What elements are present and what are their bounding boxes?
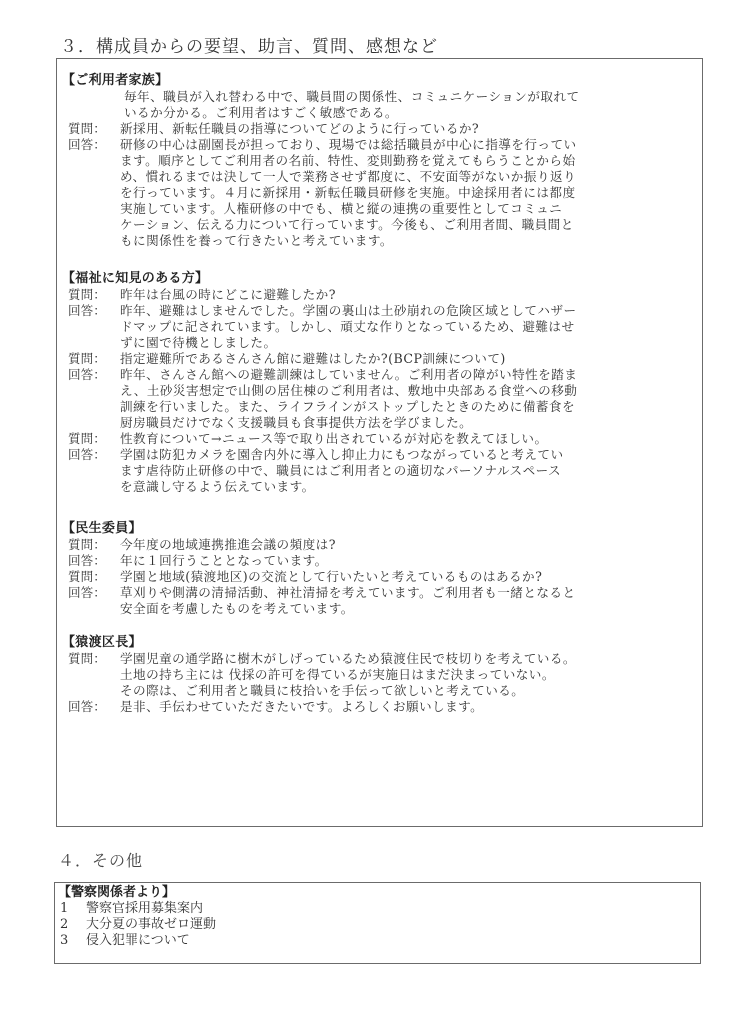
answer-row: 回答：是非、手伝わせていただきたいです。よろしくお願いします。 [62,699,696,715]
answer-label: 回答： [62,303,120,351]
group-heading: 【ご利用者家族】 [62,73,696,89]
answer-label: 回答： [62,553,120,569]
list-item: 2大分夏の事故ゼロ運動 [58,917,216,933]
answer-label: 回答： [62,699,120,715]
group-intro: 毎年、職員が入れ替わる中で、職員間の関係性、コミュニケーションが取れて いるか分… [62,89,696,121]
question-row: 質問：指定避難所であるさんさん館に避難はしたか?(BCP訓練について) [62,351,696,367]
item-text: 警察官採用募集案内 [86,901,203,917]
question-row: 質問：性教育について→ニュース等で取り出されているが対応を教えてほしい。 [62,431,696,447]
section-3-title: ３．構成員からの要望、助言、質問、感想など [60,32,438,57]
question-text: 性教育について→ニュース等で取り出されているが対応を教えてほしい。 [120,431,696,447]
item-text: 大分夏の事故ゼロ運動 [86,917,216,933]
item-number: 3 [58,933,86,949]
list-item: 3侵入犯罪について [58,933,216,949]
question-label: 質問： [62,431,120,447]
answer-label: 回答： [62,367,120,431]
answer-row: 回答：草刈りや側溝の清掃活動、神社清掃を考えています。ご利用者も一緒となると 安… [62,585,696,617]
group-heading: 【福祉に知見のある方】 [62,271,696,287]
group-heading: 【猿渡区長】 [62,635,696,651]
group-heading: 【民生委員】 [62,521,696,537]
answer-text: 年に１回行うこととなっています。 [120,553,696,569]
question-row: 質問：昨年は台風の時にどこに避難したか? [62,287,696,303]
answer-text: 学園は防犯カメラを園舎内外に導入し抑止力にもつながっていると考えてい ます虐待防… [120,447,696,495]
question-row: 質問：新採用、新転任職員の指導についてどのように行っているか? [62,121,696,137]
section-3-box: 【ご利用者家族】 毎年、職員が入れ替わる中で、職員間の関係性、コミュニケーション… [56,58,703,827]
item-number: 2 [58,917,86,933]
section-4-box: 【警察関係者より】 1警察官採用募集案内 2大分夏の事故ゼロ運動 3侵入犯罪につ… [54,882,701,964]
question-label: 質問： [62,651,120,699]
answer-row: 回答：昨年、さんさん館への避難訓練はしていません。ご利用者の障がい特性を踏ま え… [62,367,696,431]
question-text: 昨年は台風の時にどこに避難したか? [120,287,696,303]
question-label: 質問： [62,537,120,553]
item-text: 侵入犯罪について [86,933,190,949]
group-district-head: 【猿渡区長】 質問：学園児童の通学路に樹木がしげっているため猿渡住民で枝切りを考… [62,635,696,715]
answer-text: 研修の中心は副園長が担っており、現場では総括職員が中心に指導を行ってい ます。順… [120,137,696,249]
question-text: 新採用、新転任職員の指導についてどのように行っているか? [120,121,696,137]
question-row: 質問：今年度の地域連携推進会議の頻度は? [62,537,696,553]
question-row: 質問：学園児童の通学路に樹木がしげっているため猿渡住民で枝切りを考えている。 土… [62,651,696,699]
group-welfare-expert: 【福祉に知見のある方】 質問：昨年は台風の時にどこに避難したか? 回答：昨年、避… [62,271,696,495]
police-notes-list: 【警察関係者より】 1警察官採用募集案内 2大分夏の事故ゼロ運動 3侵入犯罪につ… [58,885,216,949]
group-welfare-commissioner: 【民生委員】 質問：今年度の地域連携推進会議の頻度は? 回答：年に１回行うことと… [62,521,696,617]
answer-row: 回答：昨年、避難はしませんでした。学園の裏山は土砂崩れの危険区域としてハザー ド… [62,303,696,351]
list-heading: 【警察関係者より】 [58,885,216,901]
question-label: 質問： [62,351,120,367]
answer-text: 昨年、避難はしませんでした。学園の裏山は土砂崩れの危険区域としてハザー ドマップ… [120,303,696,351]
answer-text: 是非、手伝わせていただきたいです。よろしくお願いします。 [120,699,696,715]
list-item: 1警察官採用募集案内 [58,901,216,917]
answer-label: 回答： [62,447,120,495]
question-text: 今年度の地域連携推進会議の頻度は? [120,537,696,553]
answer-text: 草刈りや側溝の清掃活動、神社清掃を考えています。ご利用者も一緒となると 安全面を… [120,585,696,617]
question-text: 学園と地域(猿渡地区)の交流として行いたいと考えているものはあるか? [120,569,696,585]
answer-text: 昨年、さんさん館への避難訓練はしていません。ご利用者の障がい特性を踏ま え、土砂… [120,367,696,431]
question-row: 質問：学園と地域(猿渡地区)の交流として行いたいと考えているものはあるか? [62,569,696,585]
question-label: 質問： [62,569,120,585]
question-text: 学園児童の通学路に樹木がしげっているため猿渡住民で枝切りを考えている。 土地の持… [120,651,696,699]
answer-row: 回答：研修の中心は副園長が担っており、現場では総括職員が中心に指導を行ってい ま… [62,137,696,249]
question-text: 指定避難所であるさんさん館に避難はしたか?(BCP訓練について) [120,351,696,367]
section-4-title: ４．その他 [58,848,143,871]
answer-label: 回答： [62,585,120,617]
answer-row: 回答：年に１回行うこととなっています。 [62,553,696,569]
group-user-family: 【ご利用者家族】 毎年、職員が入れ替わる中で、職員間の関係性、コミュニケーション… [62,73,696,249]
question-label: 質問： [62,287,120,303]
question-label: 質問： [62,121,120,137]
answer-label: 回答： [62,137,120,249]
item-number: 1 [58,901,86,917]
answer-row: 回答：学園は防犯カメラを園舎内外に導入し抑止力にもつながっていると考えてい ます… [62,447,696,495]
